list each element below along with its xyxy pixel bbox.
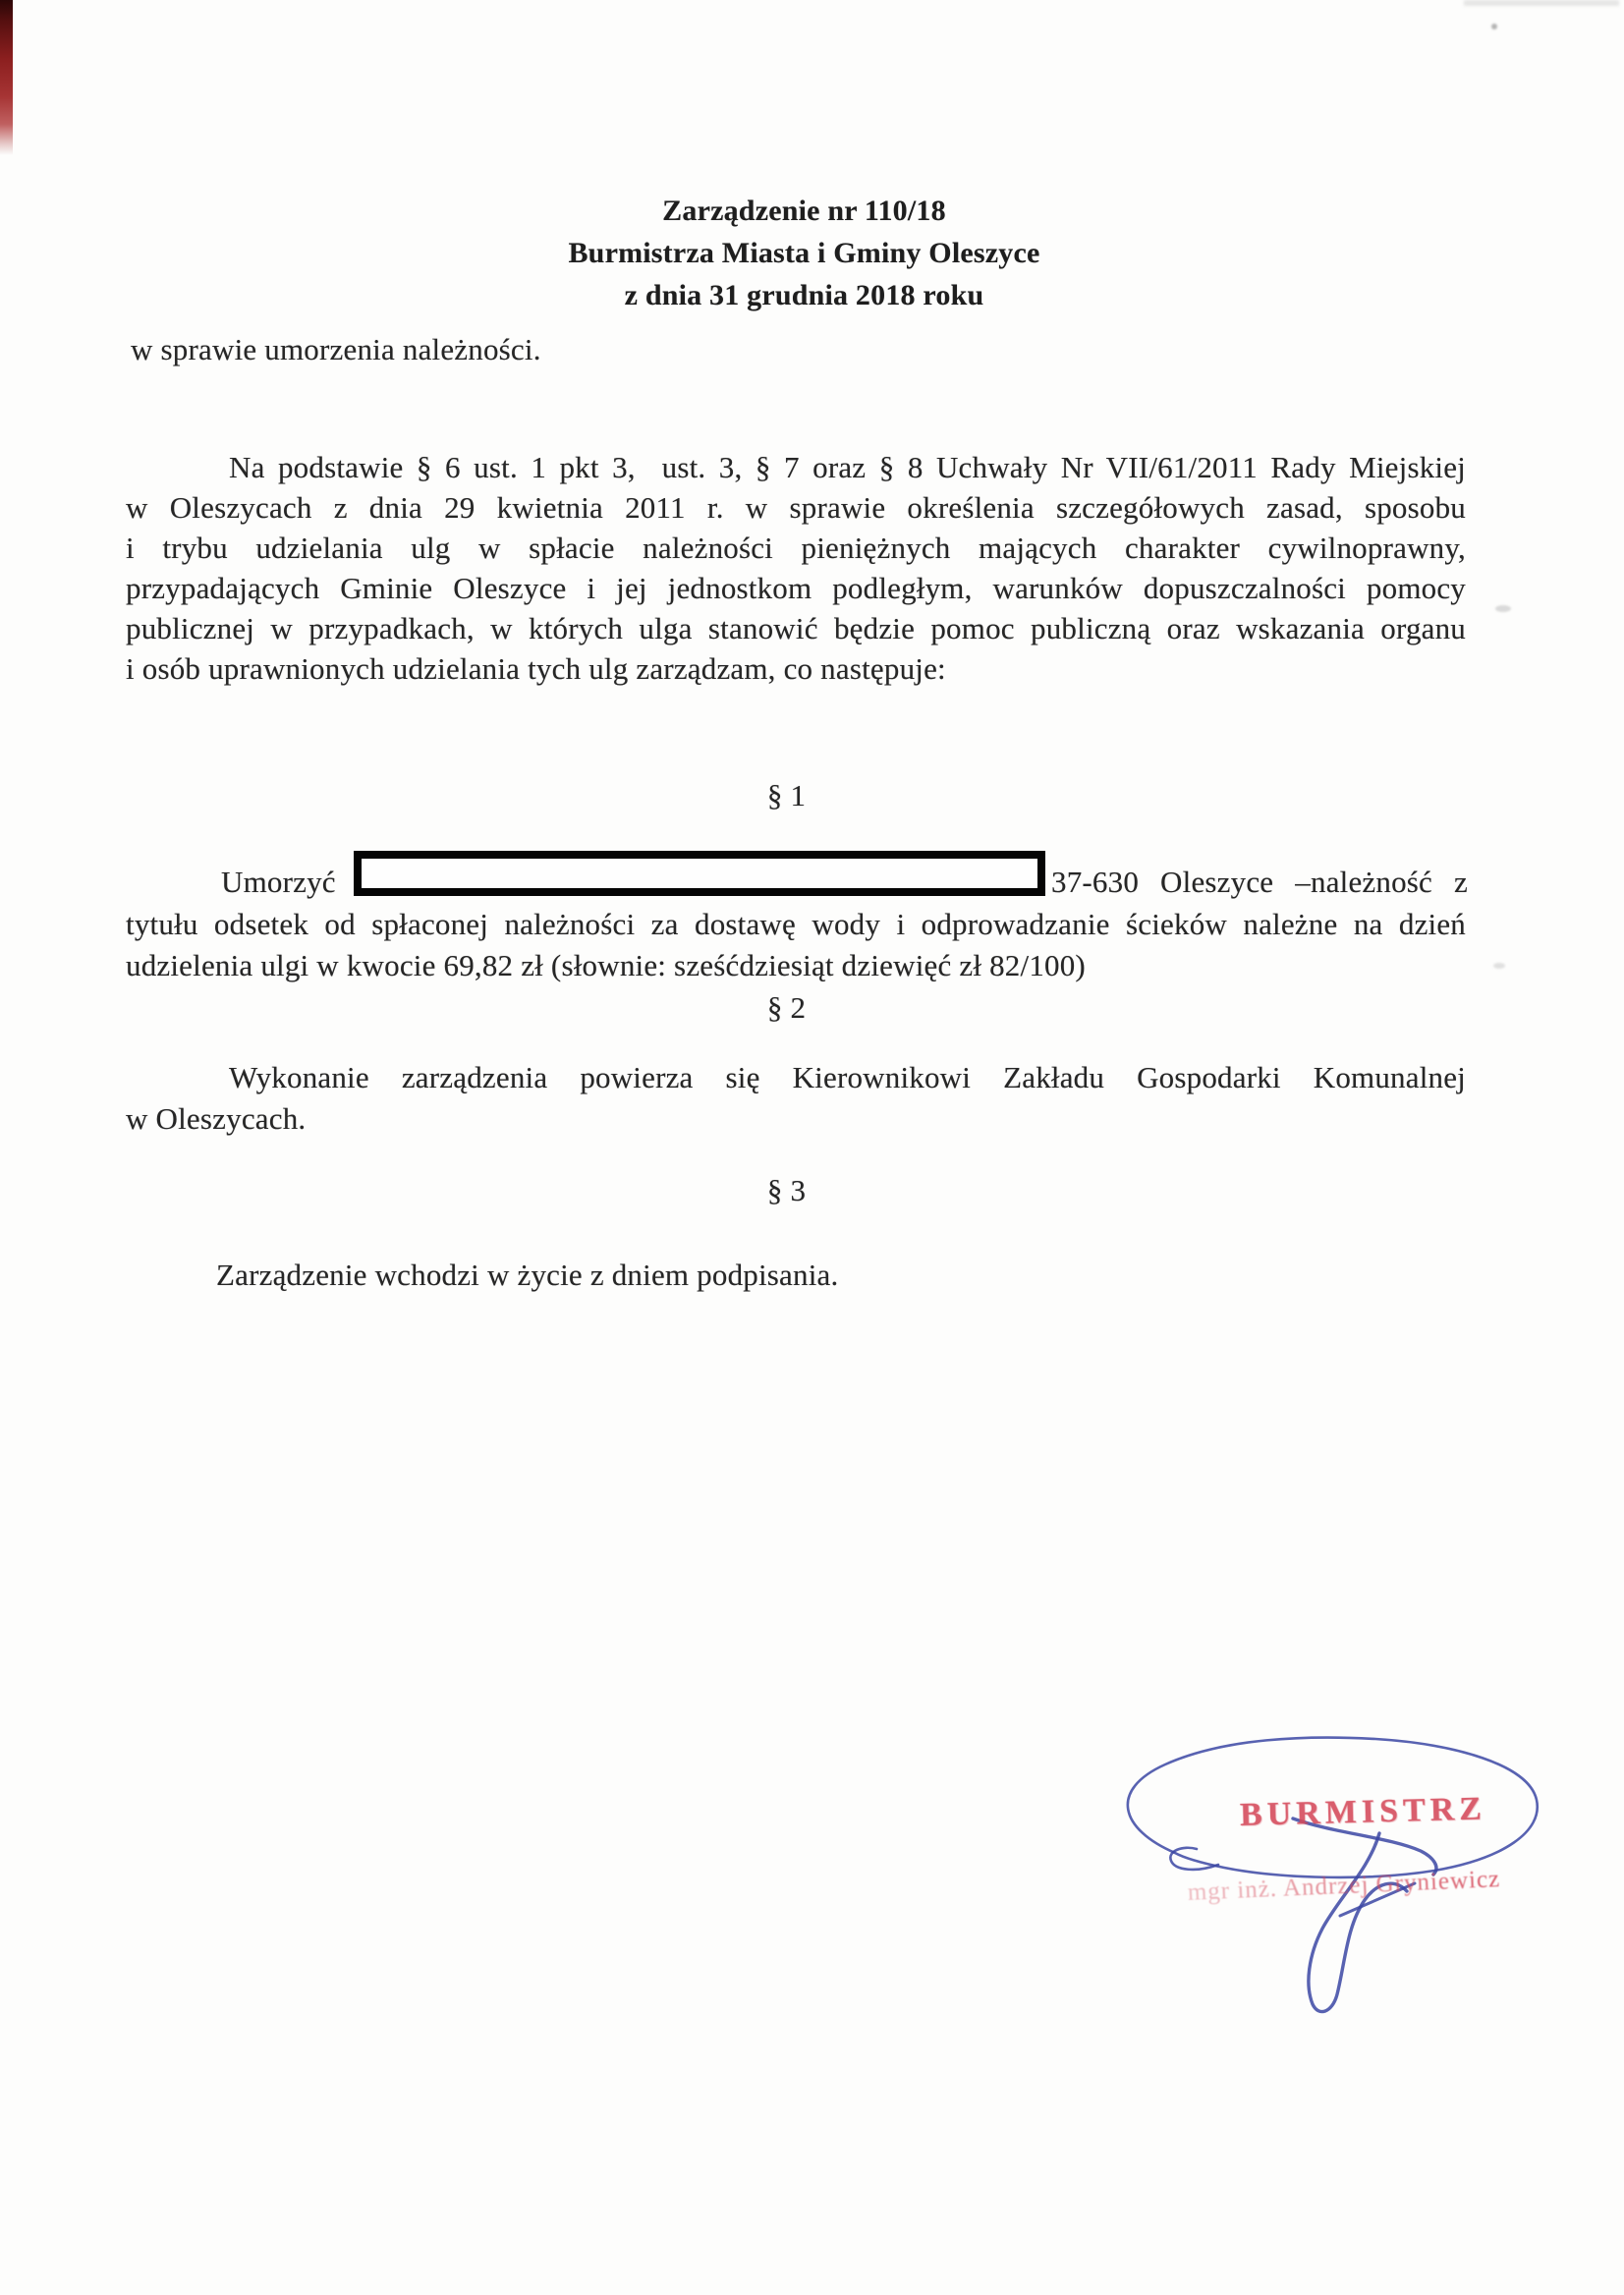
- section-2-heading: § 2: [0, 990, 1598, 1026]
- legal-line-6: i osób uprawnionych udzielania tych ulg …: [126, 648, 1466, 689]
- signature-left-hook: [1170, 1848, 1218, 1870]
- mayor-stamp-signer-name: mgr inż. Andrzej Gryniewicz: [1187, 1866, 1502, 1907]
- legal-basis-paragraph: Na podstawie § 6 ust. 1 pkt 3, ust. 3, §…: [126, 447, 1466, 689]
- scan-speck-3: [1493, 963, 1505, 969]
- scanned-document-page: Zarządzenie nr 110/18 Burmistrza Miasta …: [0, 0, 1624, 2295]
- section-1-lead-word: Umorzyć: [221, 861, 336, 904]
- title-line-1: Zarządzenie nr 110/18: [0, 190, 1616, 232]
- section-2-line-2: w Oleszycach.: [126, 1098, 1466, 1140]
- legal-line-4: przypadających Gminie Oleszyce i jej jed…: [126, 568, 1466, 608]
- scanner-edge-artifact: [0, 0, 13, 155]
- legal-line-1: Na podstawie § 6 ust. 1 pkt 3, ust. 3, §…: [126, 447, 1466, 487]
- scan-speck-1: [1491, 24, 1497, 29]
- section-1-line-3: udzielenia ulgi w kwocie 69,82 zł (słown…: [126, 945, 1466, 986]
- section-1-line-1: Umorzyć 37-630 Oleszyce –należność z: [0, 861, 1624, 906]
- section-3-body: Zarządzenie wchodzi w życie z dniem podp…: [126, 1255, 1466, 1296]
- section-2-line-1: Wykonanie zarządzenia powierza się Kiero…: [126, 1057, 1466, 1098]
- legal-line-2: w Oleszycach z dnia 29 kwietnia 2011 r. …: [126, 487, 1466, 528]
- title-line-2: Burmistrza Miasta i Gminy Oleszyce: [0, 232, 1616, 274]
- document-title: Zarządzenie nr 110/18 Burmistrza Miasta …: [0, 190, 1616, 316]
- legal-line-5: publicznej w przypadkach, w których ulga…: [126, 608, 1466, 648]
- mayor-stamp-title: BURMISTRZ: [1240, 1791, 1467, 1834]
- section-1-after-redaction-text: 37-630 Oleszyce –należność z: [1051, 861, 1468, 904]
- title-line-3: z dnia 31 grudnia 2018 roku: [0, 274, 1616, 316]
- redaction-box: [354, 851, 1045, 896]
- scan-smudge-top-right: [1464, 0, 1619, 6]
- section-1-heading: § 1: [0, 778, 1598, 813]
- scan-speck-2: [1495, 605, 1511, 612]
- section-3-heading: § 3: [0, 1173, 1598, 1208]
- signature-descender-loop: [1309, 1833, 1407, 2012]
- subject-line: w sprawie umorzenia należności.: [131, 332, 541, 367]
- section-1-line-2: tytułu odsetek od spłaconej należności z…: [126, 904, 1466, 945]
- legal-line-3: i trybu udzielania ulg w spłacie należno…: [126, 528, 1466, 568]
